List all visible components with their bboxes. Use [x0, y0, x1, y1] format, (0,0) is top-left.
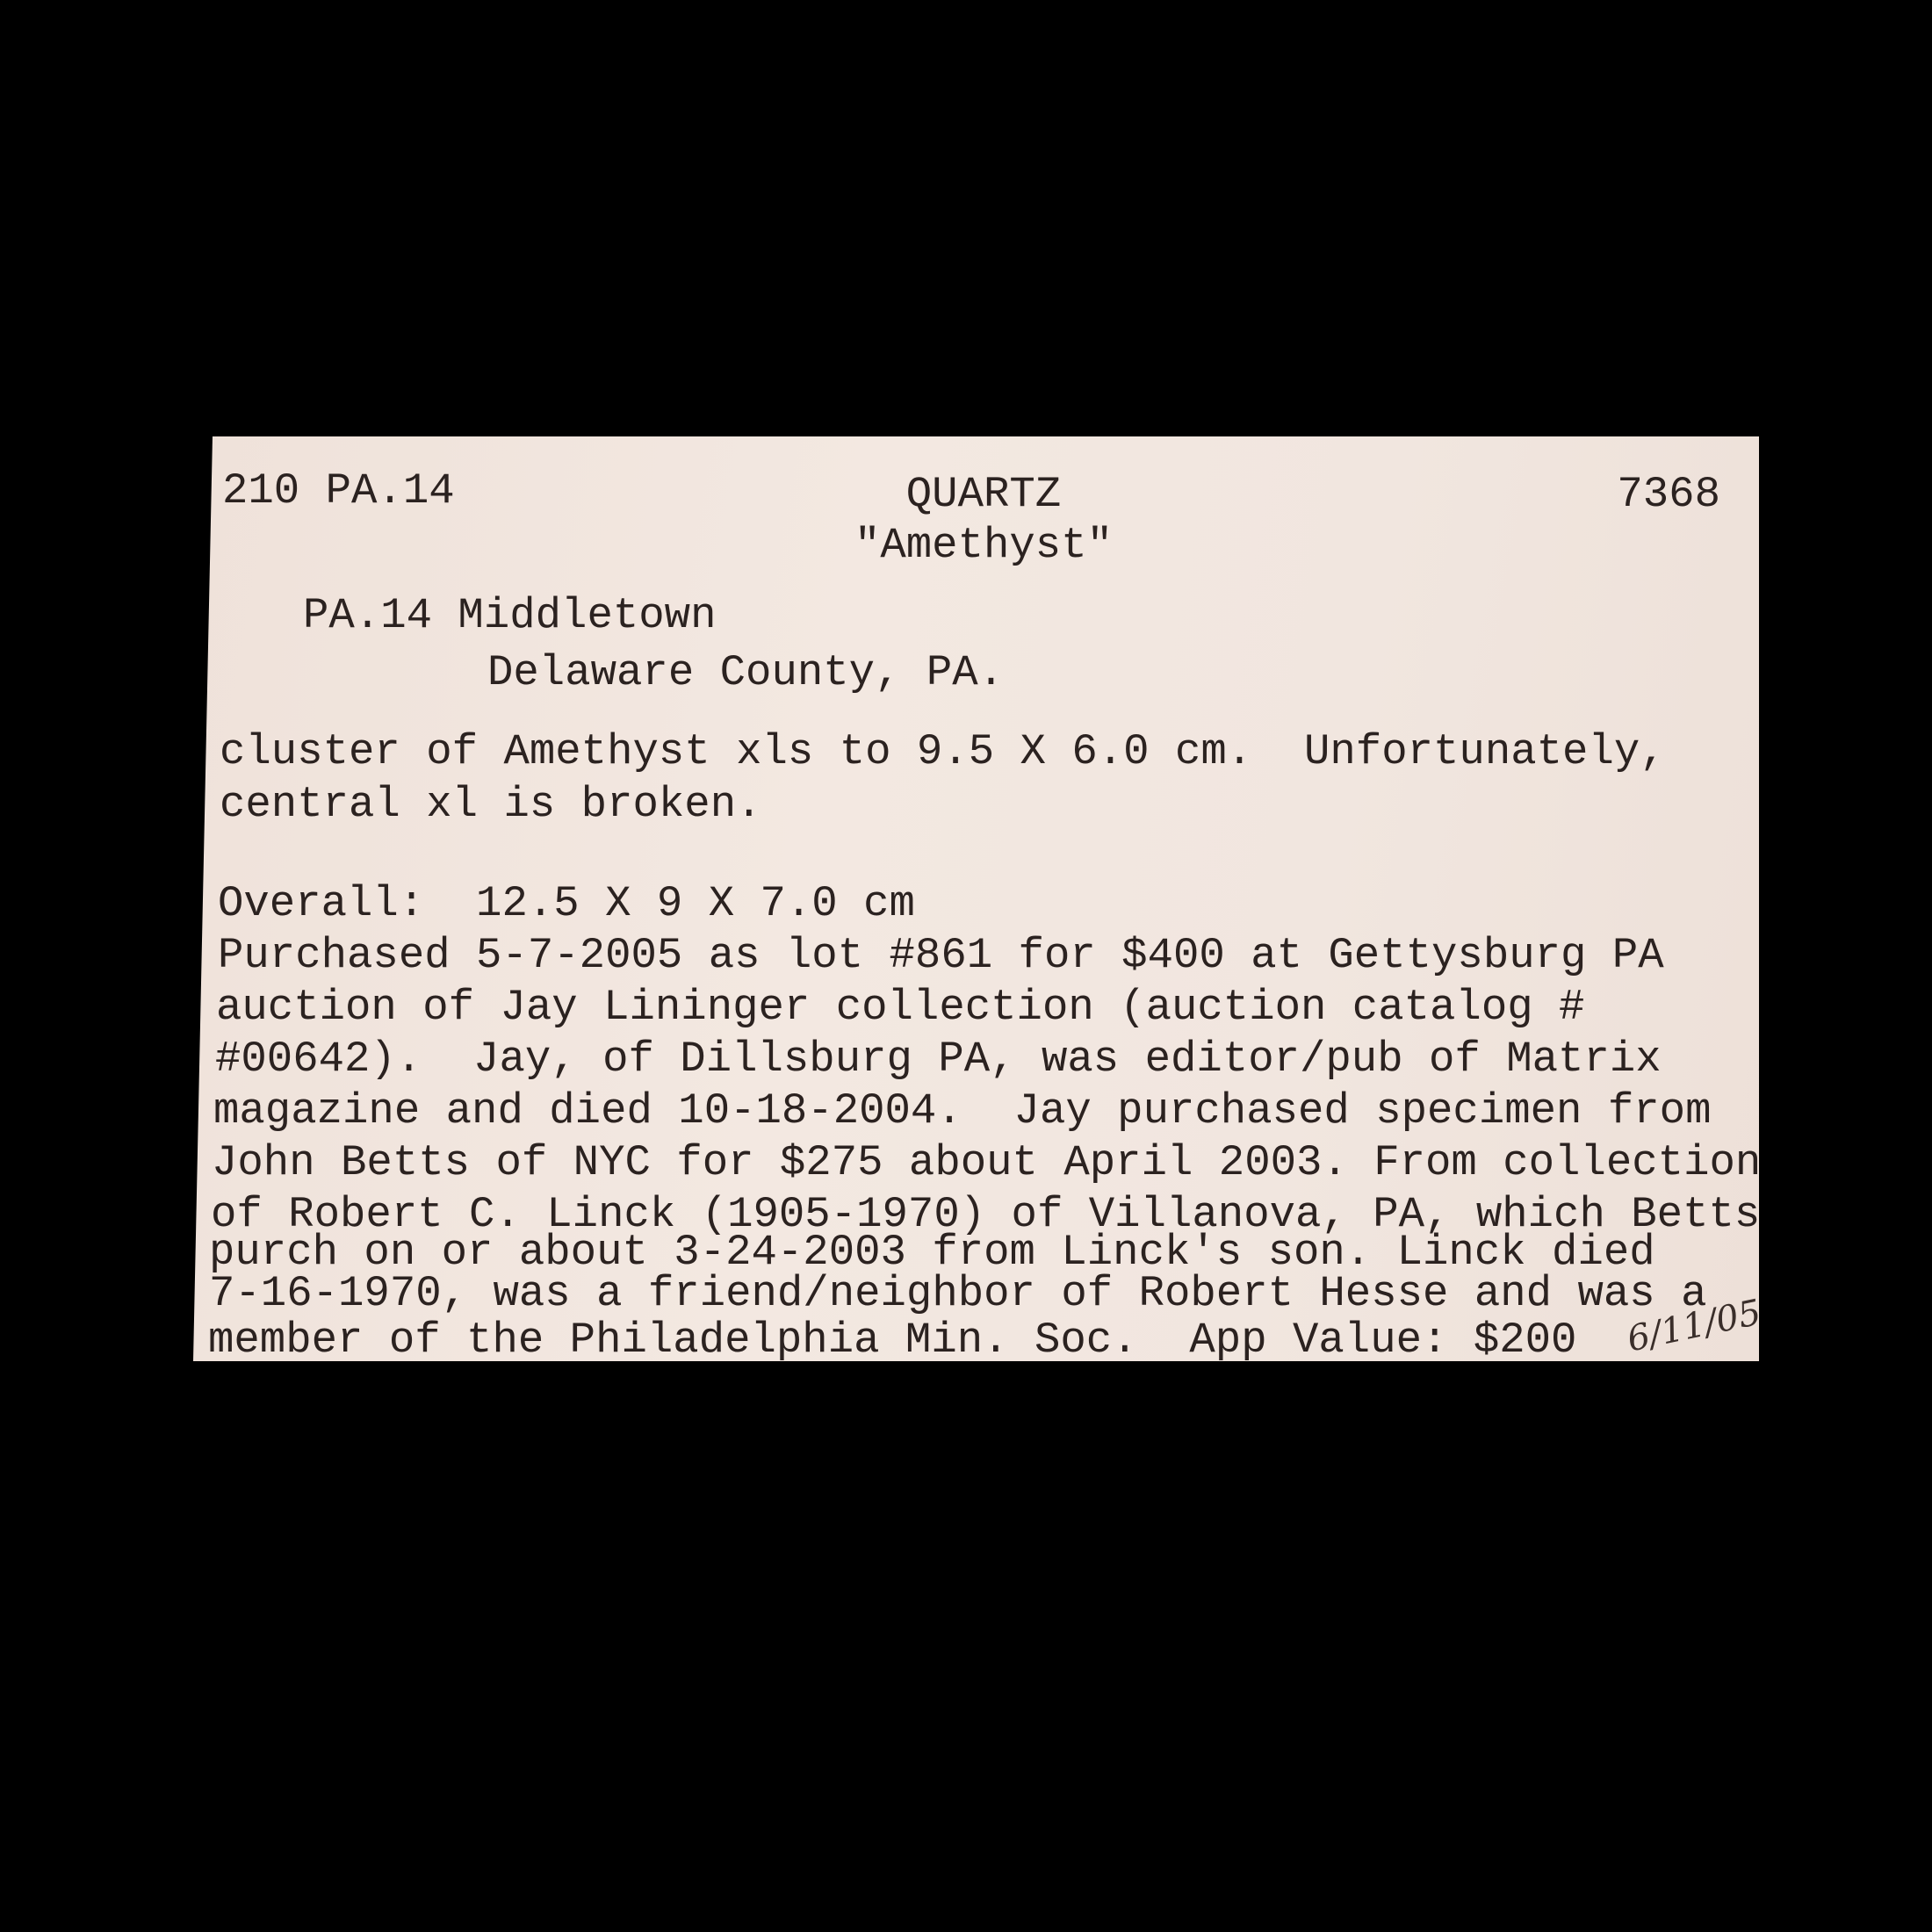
locality-line-2: Delaware County, PA.	[487, 652, 1004, 695]
provenance-line: auction of Jay Lininger collection (auct…	[216, 986, 1584, 1029]
provenance-line: Overall: 12.5 X 9 X 7.0 cm	[218, 883, 915, 926]
provenance-line: purch on or about 3-24-2003 from Linck's…	[209, 1231, 1655, 1274]
provenance-line: Purchased 5-7-2005 as lot #861 for $400 …	[218, 934, 1664, 977]
variety-name: "Amethyst"	[193, 524, 1774, 567]
specimen-number: 7368	[1617, 473, 1720, 516]
description-line: central xl is broken.	[220, 783, 762, 826]
mineral-name: QUARTZ	[193, 473, 1774, 516]
provenance-line: magazine and died 10-18-2004. Jay purcha…	[213, 1090, 1711, 1133]
provenance-line: #00642). Jay, of Dillsburg PA, was edito…	[215, 1038, 1662, 1081]
locality-line-1: PA.14 Middletown	[303, 595, 716, 638]
provenance-line: 7-16-1970, was a friend/neighbor of Robe…	[209, 1272, 1706, 1316]
specimen-label-card: 210 PA.14 QUARTZ 7368 "Amethyst" PA.14 M…	[193, 436, 1759, 1361]
description-line: cluster of Amethyst xls to 9.5 X 6.0 cm.…	[220, 731, 1666, 774]
provenance-line: John Betts of NYC for $275 about April 2…	[212, 1142, 1761, 1185]
provenance-line: member of the Philadelphia Min. Soc. App…	[208, 1319, 1576, 1362]
